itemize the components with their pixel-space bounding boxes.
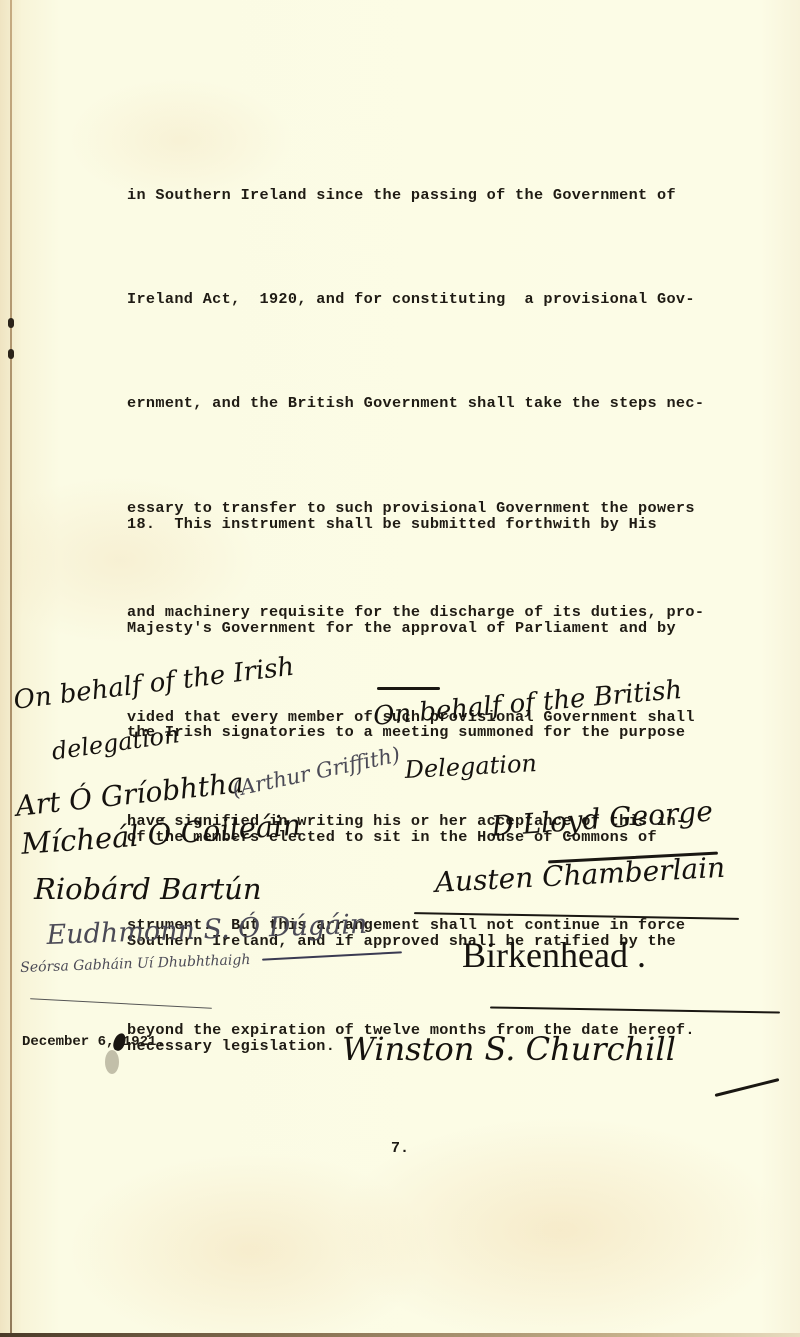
binding-edge [10,0,12,1337]
text-line: Majesty's Government for the approval of… [127,611,767,646]
document-page: in Southern Ireland since the passing of… [0,0,800,1337]
binding-mark [8,318,14,328]
divider-rule [377,687,440,690]
text-line: ernment, and the British Government shal… [127,386,767,421]
text-line: Ireland Act, 1920, and for constituting … [127,282,767,317]
document-date: December 6, 1921. [22,1034,165,1050]
signature-birkenhead: Birkenhead . [462,934,646,976]
text-line: 18. This instrument shall be submitted f… [127,507,767,542]
ink-smear [105,1050,119,1074]
signature-winston-churchill: Winston S. Churchill [342,1030,676,1068]
text-line: in Southern Ireland since the passing of… [127,178,767,213]
binding-mark [8,349,14,359]
page-number: 7. [391,1140,409,1157]
signature-robert-barton: Riobárd Bartún [34,872,262,906]
page-bottom-edge [0,1333,800,1337]
